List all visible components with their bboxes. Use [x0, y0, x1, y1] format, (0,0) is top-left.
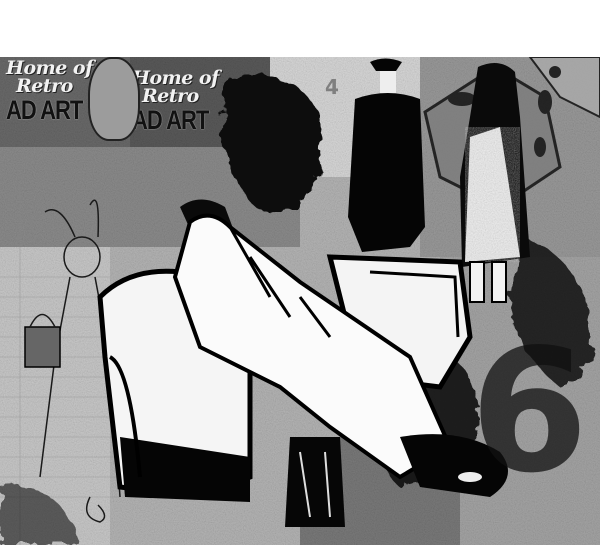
sign-1-line-3: AD ART — [6, 95, 93, 126]
retro-ad-sign-1: Home of Retro AD ART — [6, 59, 93, 121]
retro-ad-sign-2: Home of Retro AD ART — [132, 69, 219, 131]
sign-2-line-3: AD ART — [132, 105, 219, 136]
wall-number: 4 — [325, 75, 339, 99]
stenciled-number: 6 — [470, 327, 588, 497]
collage-artwork: Home of Retro AD ART Home of Retro AD AR… — [0, 57, 600, 545]
sign-1-line-2: Retro — [16, 77, 93, 95]
retro-ad-face — [88, 57, 140, 141]
sign-2-line-2: Retro — [142, 87, 219, 105]
